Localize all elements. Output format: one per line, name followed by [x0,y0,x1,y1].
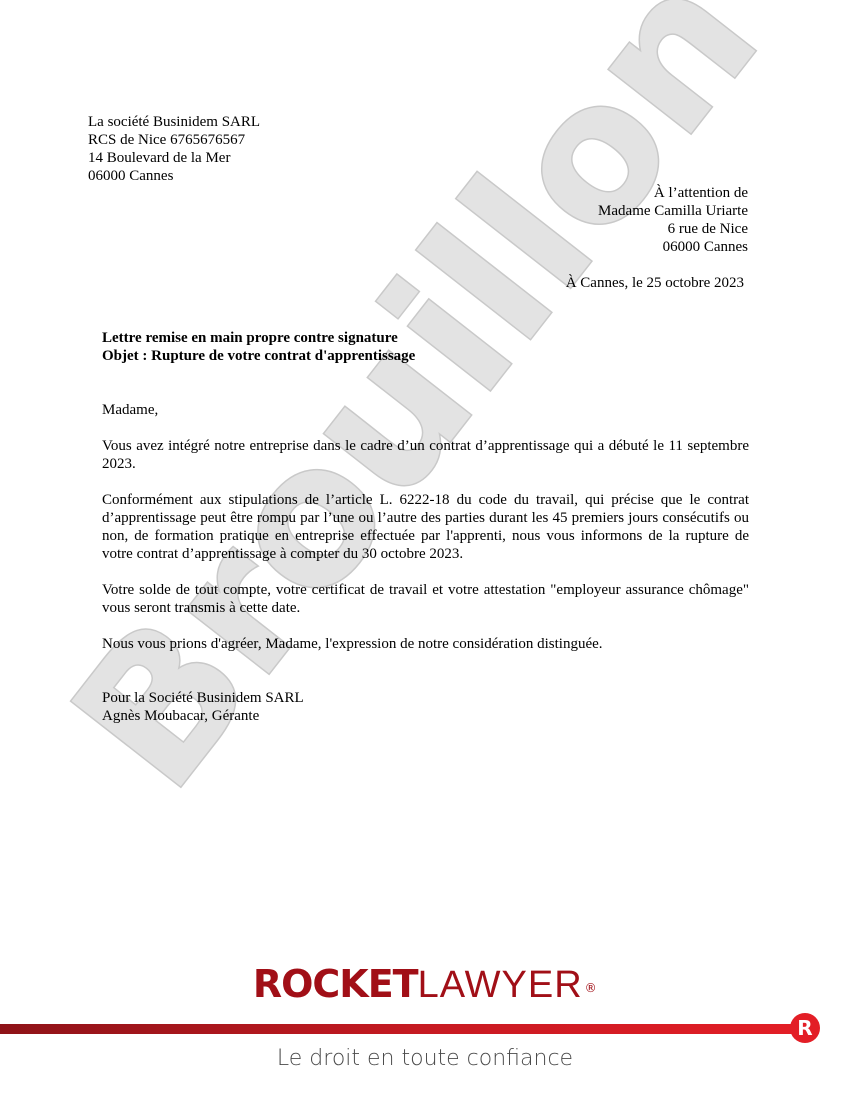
letter-subject: Lettre remise en main propre contre sign… [102,329,415,365]
paragraph: Vous avez intégré notre entreprise dans … [102,437,749,473]
letter-page: Brouillon La société Businidem SARL RCS … [0,0,850,1100]
rocket-lawyer-logo: ROCKETLAWYER® [0,962,850,1007]
footer-gradient-bar [0,1024,800,1034]
signature-block: Pour la Société Businidem SARL Agnès Mou… [102,689,304,725]
delivery-mention: Lettre remise en main propre contre sign… [102,329,415,347]
sender-line: 06000 Cannes [88,167,260,185]
recipient-address: À l’attention de Madame Camilla Uriarte … [598,184,748,256]
paragraph: Votre solde de tout compte, votre certif… [102,581,749,617]
salutation: Madame, [102,401,158,419]
sender-line: 14 Boulevard de la Mer [88,149,260,167]
sender-line: La société Businidem SARL [88,113,260,131]
logo-bold-text: ROCKET [253,962,418,1006]
paragraph: Nous vous prions d'agréer, Madame, l'exp… [102,635,749,653]
recipient-line: À l’attention de [598,184,748,202]
place-and-date: À Cannes, le 25 octobre 2023 [566,274,744,292]
sender-address: La société Businidem SARL RCS de Nice 67… [88,113,260,185]
paragraph: Conformément aux stipulations de l’artic… [102,491,749,563]
recipient-line: Madame Camilla Uriarte [598,202,748,220]
signature-line: Agnès Moubacar, Gérante [102,707,304,725]
signature-line: Pour la Société Businidem SARL [102,689,304,707]
registered-mark: ® [585,981,598,995]
letter-content: La société Businidem SARL RCS de Nice 67… [0,0,850,1100]
object-line: Objet : Rupture de votre contrat d'appre… [102,347,415,365]
logo-light-text: LAWYER [418,964,583,1006]
letter-body: Vous avez intégré notre entreprise dans … [102,437,749,671]
recipient-line: 06000 Cannes [598,238,748,256]
footer-tagline: Le droit en toute confiance [0,1046,850,1071]
r-badge-icon: R [790,1013,820,1043]
sender-line: RCS de Nice 6765676567 [88,131,260,149]
recipient-line: 6 rue de Nice [598,220,748,238]
